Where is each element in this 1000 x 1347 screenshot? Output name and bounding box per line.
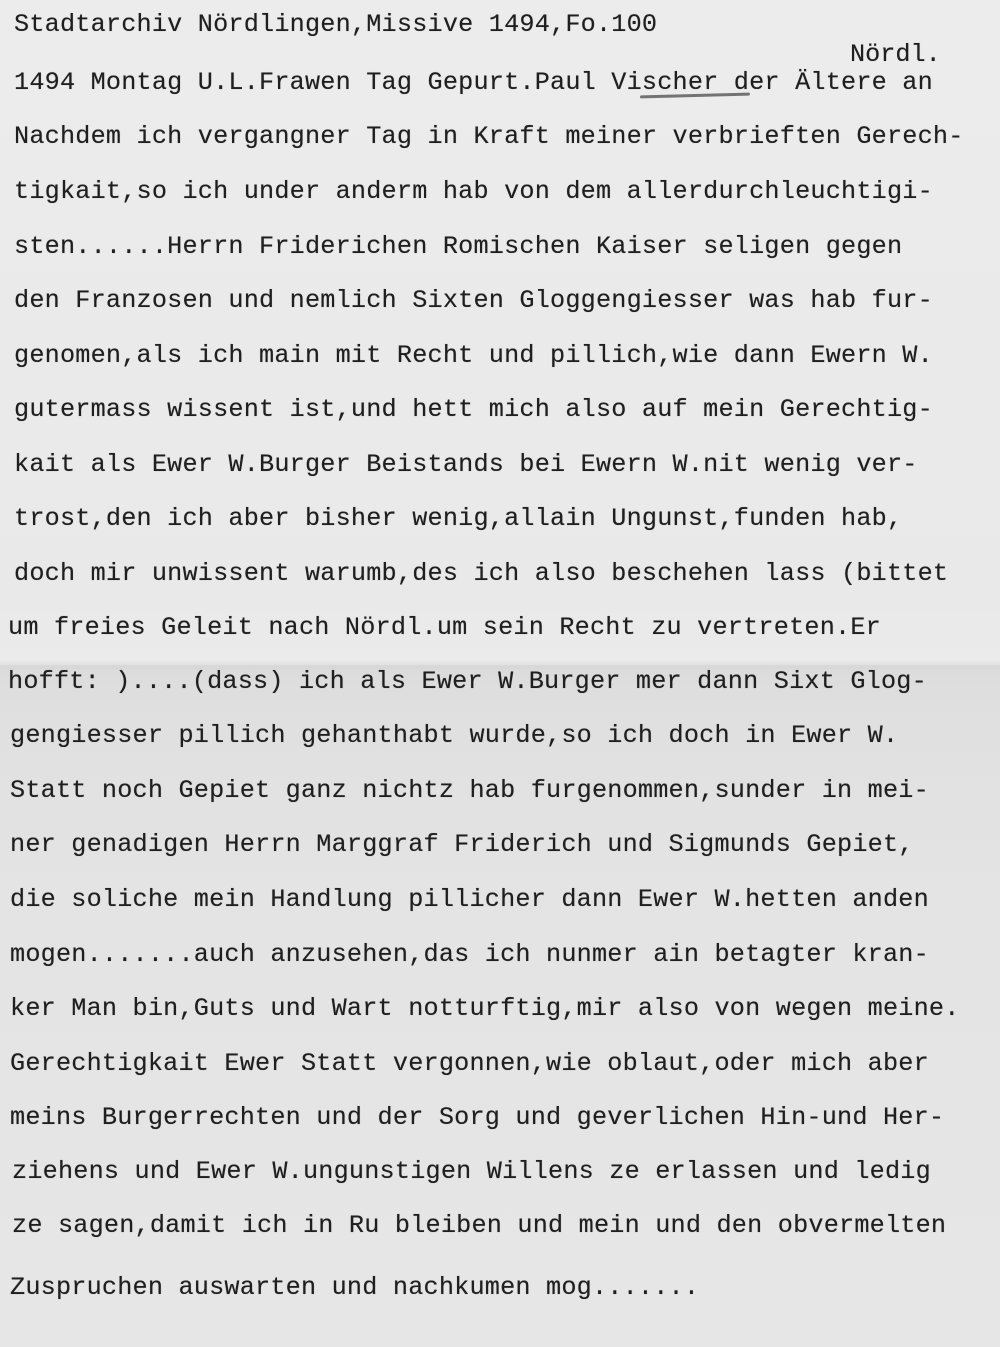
document-line: meins Burgerrechten und der Sorg und gev… xyxy=(10,1105,944,1130)
typewritten-document-page: Stadtarchiv Nördlingen,Missive 1494,Fo.1… xyxy=(0,0,1000,1347)
document-line: ker Man bin,Guts und Wart notturftig,mir… xyxy=(10,996,960,1021)
document-line: um freies Geleit nach Nördl.um sein Rech… xyxy=(8,615,881,640)
document-line: tigkait,so ich under anderm hab von dem … xyxy=(14,179,933,204)
archive-reference: Stadtarchiv Nördlingen,Missive 1494,Fo.1… xyxy=(14,12,657,37)
document-line: ner genadigen Herrn Marggraf Friderich u… xyxy=(10,832,914,857)
document-line: trost,den ich aber bisher wenig,allain U… xyxy=(14,506,902,531)
document-line: hofft: )....(dass) ich als Ewer W.Burger… xyxy=(8,669,927,694)
document-line: gutermass wissent ist,und hett mich also… xyxy=(14,397,933,422)
document-line: Statt noch Gepiet ganz nichtz hab furgen… xyxy=(10,778,929,803)
document-line: Nachdem ich vergangner Tag in Kraft mein… xyxy=(14,124,964,149)
document-line: mogen.......auch anzusehen,das ich nunme… xyxy=(10,942,929,967)
document-line: doch mir unwissent warumb,des ich also b… xyxy=(14,561,948,586)
document-line: Zuspruchen auswarten und nachkumen mog..… xyxy=(10,1275,699,1300)
document-line: kait als Ewer W.Burger Beistands bei Ewe… xyxy=(14,452,918,477)
document-line: die soliche mein Handlung pillicher dann… xyxy=(10,887,929,912)
document-line: gengiesser pillich gehanthabt wurde,so i… xyxy=(10,723,898,748)
document-line: 1494 Montag U.L.Frawen Tag Gepurt.Paul V… xyxy=(14,70,933,95)
document-line: den Franzosen und nemlich Sixten Gloggen… xyxy=(14,288,933,313)
document-line: sten......Herrn Friderichen Romischen Ka… xyxy=(14,234,902,259)
document-line: Gerechtigkait Ewer Statt vergonnen,wie o… xyxy=(10,1051,929,1076)
marginal-note: Nördl. xyxy=(850,42,941,67)
document-line: ze sagen,damit ich in Ru bleiben und mei… xyxy=(12,1213,946,1238)
document-line: genomen,als ich main mit Recht und pilli… xyxy=(14,343,933,368)
document-line: ziehens und Ewer W.ungunstigen Willens z… xyxy=(12,1159,931,1184)
